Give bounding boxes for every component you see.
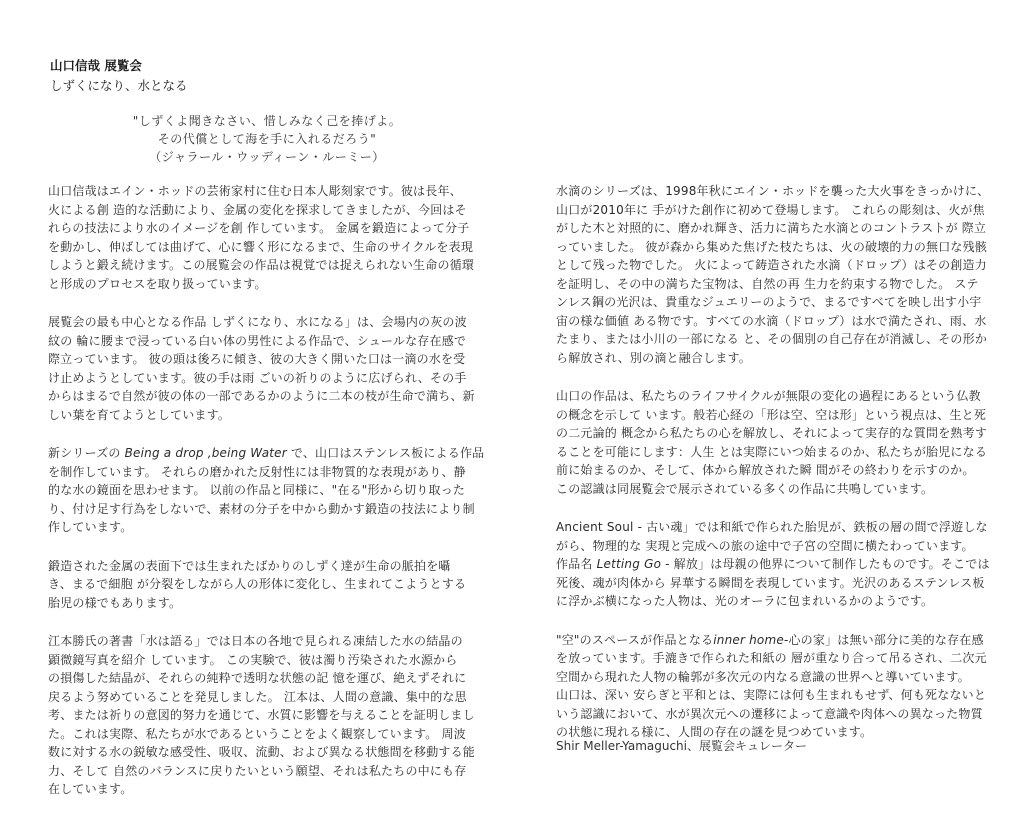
quote-line: その代償として海を手に入れるだろう": [112, 130, 422, 148]
quote-attribution: （ジャラール・ウッディーン・ルーミー）: [112, 148, 422, 166]
paragraph-ancient-soul: Ancient Soul - 古い魂」では和紙で作られた胎児が、鉄板の層の間で浮…: [556, 518, 986, 611]
text-line: この認識は同展覧会で展示されている多くの作品に共鳴しています。: [556, 480, 986, 499]
paragraph-new-series: 新シリーズの Being a drop ,being Water で、山口はステ…: [48, 444, 473, 537]
text-fragment: で、山口はステンレス板による作品: [287, 446, 484, 460]
text-line: 考、または祈りの意図的努力を通じて、水質に影響を与えることを証明しまし: [48, 706, 473, 725]
work-title: Letting Go: [597, 557, 662, 571]
text-line: からはまるで自然が彼の体の一部であるかのように二本の枝が生命で満ち、新: [48, 387, 473, 406]
text-line: け止めようとしています。彼の手は雨 ごいの祈りのように広げられ、その手: [48, 369, 473, 388]
text-line: Ancient Soul - 古い魂」では和紙で作られた胎児が、鉄板の層の間で浮…: [556, 518, 986, 537]
text-line: を動かし、伸ばしては曲げて、心に響く形になるまで、生命のサイクルを表現: [48, 238, 473, 257]
paragraph-drop-series: 水滴のシリーズは、1998年秋にエイン・ホッドを襲った大火事をきっかけに、 山口…: [556, 182, 986, 367]
text-fragment: 作品名: [556, 557, 597, 571]
text-line: た。これは実際、私たちが水であるということをよく観察しています。 周波: [48, 725, 473, 744]
text-line: 江本勝氏の著書「水は語る」では日本の各地で見られる凍結した水の結晶の: [48, 632, 473, 651]
paragraph-inner-home: "空"のスペースが作品となるinner home-心の家」は無い部分に美的な存在…: [556, 631, 986, 742]
text-fragment: -心の家」は無い部分に美的な存在感: [784, 633, 984, 647]
text-line: ンレス鋼の光沢は、貴重なジュエリーのようで、まるですべてを映し出す小宇: [556, 293, 986, 312]
text-line: れらの技法により水のイメージを創 作しています。 金属を鍛造によって分子: [48, 219, 473, 238]
text-line: 宙の様な価値 ある物です。すべての水滴（ドロップ）は水で満たされ、雨、水: [556, 312, 986, 331]
text-line: 水滴のシリーズは、1998年秋にエイン・ホッドを襲った大火事をきっかけに、: [556, 182, 986, 201]
paragraph-intro: 山口信哉はエイン・ホッドの芸術家村に住む日本人彫刻家です。彼は長年、 火による創…: [48, 182, 473, 293]
text-line: 山口は、深い 安らぎと平和とは、実際には何も生まれもせず、何も死なないと: [556, 686, 986, 705]
text-line: ることを可能にします：人生 とは実際にいつ始まるのか、私たちが胎児になる: [556, 443, 986, 462]
text-line: 空間から現れた人物の輪郭が多次元の内なる意識の世界へと導いています。: [556, 668, 986, 687]
text-line: 紋の 輪に腰まで浸っている白い体の男性による作品で、シュールな存在感で: [48, 332, 473, 351]
document-header: 山口信哉 展覧会 しずくになり、水となる: [50, 56, 188, 96]
paragraph-forged-metal: 鍛造された金属の表面下では生まれたばかりのしずく達が生命の脈拍を囁 き、まるで細…: [48, 557, 473, 613]
text-line: 新シリーズの Being a drop ,being Water で、山口はステ…: [48, 444, 473, 463]
paragraph-emoto: 江本勝氏の著書「水は語る」では日本の各地で見られる凍結した水の結晶の 顕微鏡写真…: [48, 632, 473, 799]
text-line: いう認識において、水が異次元への遷移によって意識や肉体への異なった物質: [556, 705, 986, 724]
quote-line: "しずくよ聞きなさい、惜しみなく己を捧げよ。: [112, 112, 422, 130]
text-line: の損傷した結晶が、それらの純粋で透明な状態の記 憶を運び、絶えずそれに: [48, 669, 473, 688]
text-line: ら解放され、別の滴と融合します。: [556, 349, 986, 368]
text-line: 数に対する水の鋭敏な感受性、吸収、流動、および異なる状態間を移動する能: [48, 743, 473, 762]
text-line: 力、そして 自然のバランスに戻りたいという願望、それは私たちの中にも存: [48, 762, 473, 781]
text-line: を制作しています。 それらの磨かれた反射性には非物質的な表現があり、静: [48, 463, 473, 482]
text-line: を証明し、その中の満ちた宝物は、自然の再 生力を約束する物でした。 ステ: [556, 275, 986, 294]
right-column: 水滴のシリーズは、1998年秋にエイン・ホッドを襲った大火事をきっかけに、 山口…: [556, 182, 986, 762]
text-fragment: "空"のスペースが作品となる: [556, 633, 713, 647]
text-fragment: 新シリーズの: [48, 446, 125, 460]
text-line: 的な水の鏡面を思わせます。 以前の作品と同様に、"在る"形から切り取った: [48, 481, 473, 500]
work-title: inner home: [713, 633, 784, 647]
left-column: 山口信哉はエイン・ホッドの芸術家村に住む日本人彫刻家です。彼は長年、 火による創…: [48, 182, 473, 819]
text-line: 山口が2010年に 手がけた創作に初めて登場します。 これらの彫刻は、火が焦: [556, 201, 986, 220]
text-line: しようと鍛え続けます。この展覧会の作品は視覚では捉えられない生命の循環: [48, 256, 473, 275]
text-line: 在しています。: [48, 780, 473, 799]
exhibition-title: 山口信哉 展覧会: [50, 56, 188, 76]
text-line: 作品名 Letting Go - 解放」は母親の他界について制作したものです。そ…: [556, 555, 986, 574]
text-line: 火による創 造的な活動により、金属の変化を探求してきましたが、今回はそ: [48, 201, 473, 220]
text-line: として残った物でした。 火によって鋳造された水滴（ドロップ）はその創造力: [556, 256, 986, 275]
text-line: き、まるで細胞 が分裂をしながら人の形体に変化し、生まれてこようとする: [48, 575, 473, 594]
text-line: の二元論的 概念から私たちの心を解放し、それによって実存的な質問を熟考す: [556, 424, 986, 443]
text-line: り、付け足す行為をしないで、素材の分子を中から動かす鍛造の技法により制: [48, 500, 473, 519]
text-line: 顕微鏡写真を紹介 しています。 この実験で、彼は濁り汚染された水源から: [48, 651, 473, 670]
text-line: と形成のプロセスを取り扱っています。: [48, 275, 473, 294]
epigraph-quote: "しずくよ聞きなさい、惜しみなく己を捧げよ。 その代償として海を手に入れるだろう…: [112, 112, 422, 166]
curator-signature: Shir Meller-Yamaguchi、展覧会キュレーター: [556, 737, 807, 754]
text-line: しい葉を育てようとしています。: [48, 406, 473, 425]
text-line: 鍛造された金属の表面下では生まれたばかりのしずく達が生命の脈拍を囁: [48, 557, 473, 576]
text-line: 胎児の様でもあります。: [48, 594, 473, 613]
text-line: を放っています。手漉きで作られた和紙の 層が重なり合って吊るされ、二次元: [556, 649, 986, 668]
text-line: に浮かぶ横になった人物は、光のオーラに包まれいるかのようです。: [556, 592, 986, 611]
text-line: たまり、または小川の一部になる と、その個別の自己存在が消滅し、その形か: [556, 330, 986, 349]
text-line: っていました。 彼が森から集めた焦げた枝たちは、火の破壊的力の無口な残骸: [556, 238, 986, 257]
text-line: 作しています。: [48, 518, 473, 537]
text-line: 死後、魂が肉体から 昇華する瞬間を表現しています。光沢のあるステンレス板: [556, 574, 986, 593]
text-line: 戻るよう努めていることを発見しました。 江本は、人間の意識、集中的な思: [48, 688, 473, 707]
paragraph-central-work: 展覧会の最も中心となる作品 しずくになり、水になる」は、会場内の灰の波 紋の 輪…: [48, 313, 473, 424]
text-line: 山口信哉はエイン・ホッドの芸術家村に住む日本人彫刻家です。彼は長年、: [48, 182, 473, 201]
exhibition-subtitle: しずくになり、水となる: [50, 76, 188, 96]
work-title: Being a drop ,being Water: [125, 446, 287, 460]
text-line: 前に始まるのか、そして、体から解放された瞬 間がその終わりを示すのか。: [556, 461, 986, 480]
text-line: 展覧会の最も中心となる作品 しずくになり、水になる」は、会場内の灰の波: [48, 313, 473, 332]
text-line: の概念を示して います。般若心経の「形は空、空は形」という視点は、生と死: [556, 406, 986, 425]
text-fragment: - 解放」は母親の他界について制作したものです。そこでは: [661, 557, 990, 571]
text-line: "空"のスペースが作品となるinner home-心の家」は無い部分に美的な存在…: [556, 631, 986, 650]
text-line: 山口の作品は、私たちのライフサイクルが無限の変化の過程にあるという仏教: [556, 387, 986, 406]
text-line: がら、物理的な 実現と完成への旅の途中で子宮の空間に横たわっています。: [556, 537, 986, 556]
text-line: 際立っています。 彼の頭は後ろに傾き、彼の大きく開いた口は一滴の水を受: [48, 350, 473, 369]
text-line: がした木と対照的に、磨かれ輝き、活力に満ちた水滴とのコントラストが 際立: [556, 219, 986, 238]
paragraph-buddhist-concept: 山口の作品は、私たちのライフサイクルが無限の変化の過程にあるという仏教 の概念を…: [556, 387, 986, 498]
